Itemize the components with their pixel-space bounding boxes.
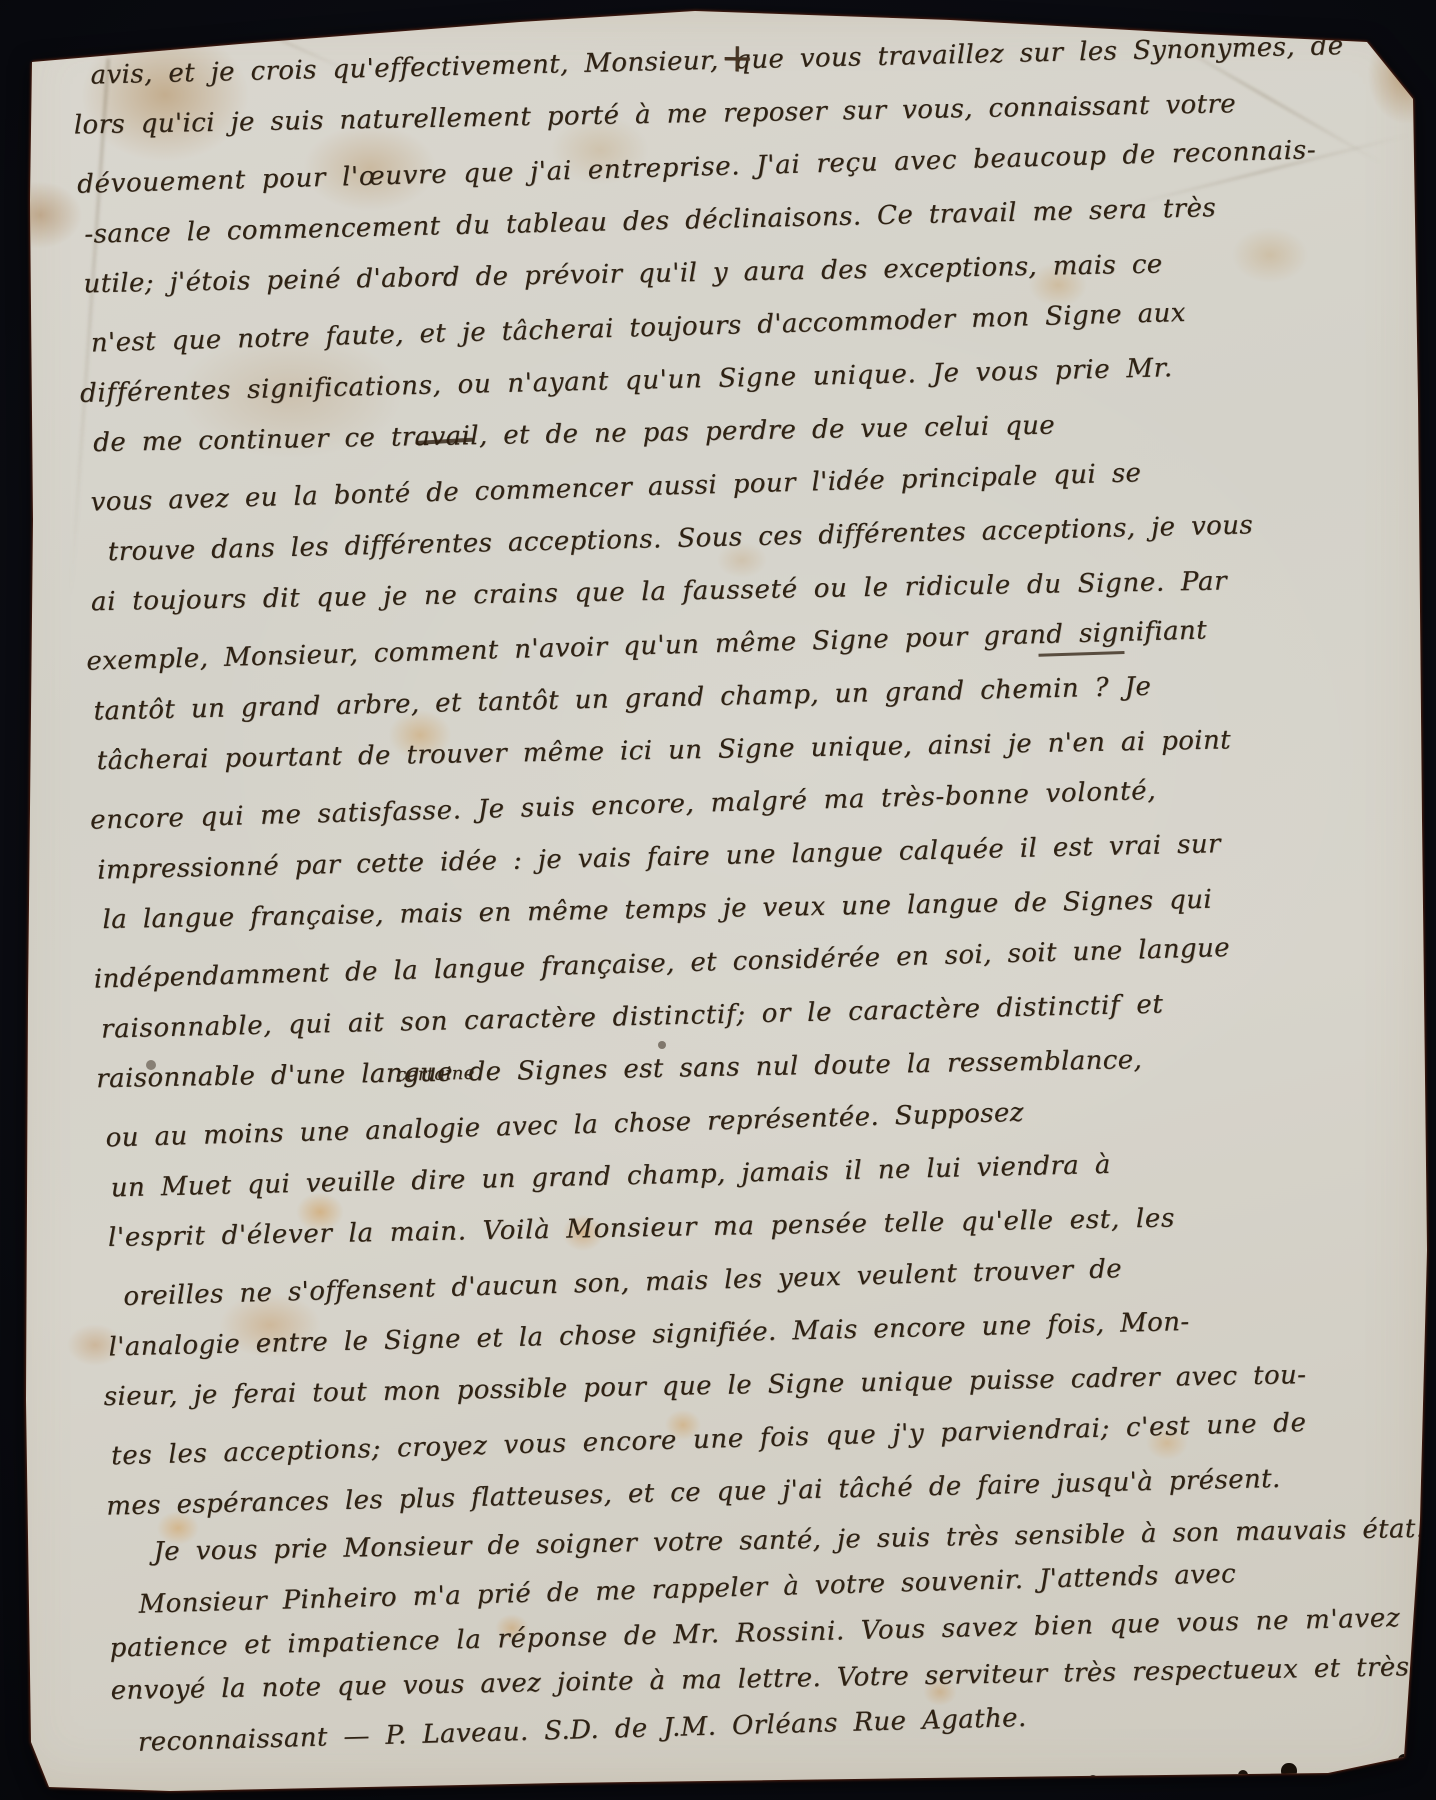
letter-paper: + avis, et je crois qu'effectivement, Mo…	[0, 0, 1436, 1800]
ink-blots	[0, 0, 6, 6]
scan-background: + avis, et je crois qu'effectivement, Mo…	[0, 0, 1436, 1800]
cross-mark: +	[720, 32, 755, 85]
interline-insertion: certaine	[396, 1065, 475, 1085]
letter-page: + avis, et je crois qu'effectivement, Mo…	[72, 19, 1436, 1764]
paper-wrapper: + avis, et je crois qu'effectivement, Mo…	[0, 0, 1436, 1800]
